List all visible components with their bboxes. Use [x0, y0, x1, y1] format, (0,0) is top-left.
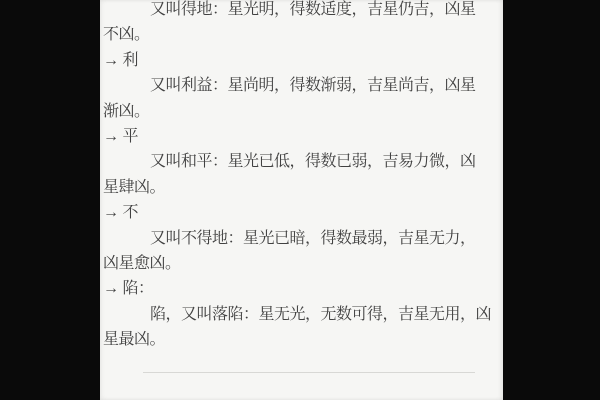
- text-line: 陷，又叫落陷：星无光，无数可得，吉星无用，凶: [103, 302, 500, 327]
- text-line: 又叫利益：星尚明，得数渐弱，吉星尚吉，凶星: [103, 73, 500, 98]
- viewer-background: 又叫得地：星光明，得数适度，吉星仍吉，凶星不凶。→ 利又叫利益：星尚明，得数渐弱…: [0, 0, 600, 400]
- text-line: 又叫得地：星光明，得数适度，吉星仍吉，凶星: [103, 0, 500, 22]
- text-line: 又叫不得地：星光已暗，得数最弱，吉星无力，: [103, 226, 500, 251]
- text-line: 星最凶。: [103, 327, 500, 352]
- text-line: 凶星愈凶。: [103, 251, 500, 276]
- text-line: 又叫和平：星光已低，得数已弱，吉易力微，凶: [103, 149, 500, 174]
- text-line: → 不: [103, 200, 500, 225]
- text-block: 又叫得地：星光明，得数适度，吉星仍吉，凶星不凶。→ 利又叫利益：星尚明，得数渐弱…: [103, 0, 500, 352]
- text-line: 星肆凶。: [103, 175, 500, 200]
- text-line: → 平: [103, 124, 500, 149]
- text-line: 不凶。: [103, 22, 500, 47]
- document-page: 又叫得地：星光明，得数适度，吉星仍吉，凶星不凶。→ 利又叫利益：星尚明，得数渐弱…: [100, 0, 503, 400]
- text-line: → 陷：: [103, 276, 500, 301]
- text-line: 渐凶。: [103, 99, 500, 124]
- divider-line: [143, 372, 475, 373]
- text-line: → 利: [103, 48, 500, 73]
